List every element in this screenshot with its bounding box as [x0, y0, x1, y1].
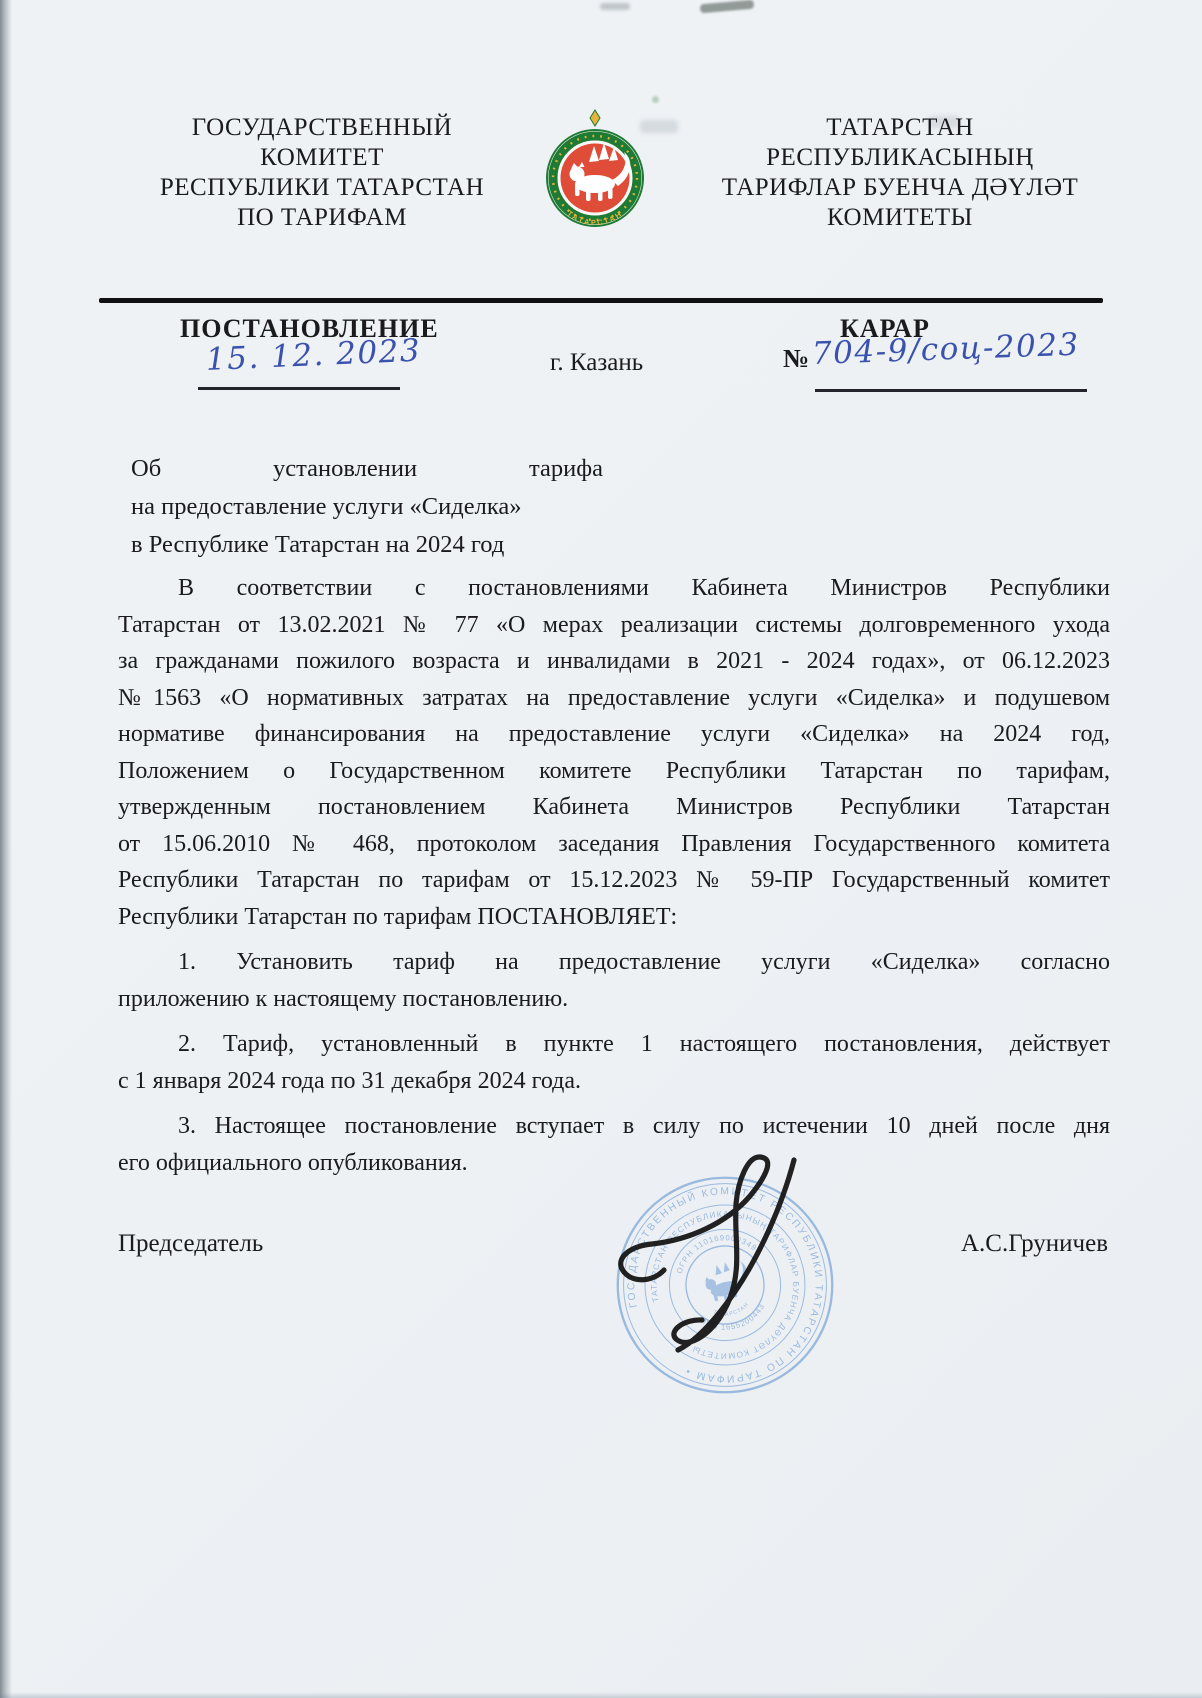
subject-line: Об установлении тарифа [131, 450, 603, 488]
scan-artifact [700, 0, 755, 13]
city-label: г. Казань [550, 349, 643, 377]
scan-artifact [600, 3, 630, 10]
scan-edge-shadow-bottom [0, 1692, 1202, 1698]
body-line: №1563 «О нормативных затратах на предост… [118, 680, 1110, 717]
body-line: нормативе финансирования на предоставлен… [118, 716, 1110, 753]
signature-role: Председатель [118, 1230, 263, 1258]
subject-line: в Республике Татарстан на 2024 год [131, 526, 603, 564]
signature-name: А.С.Груничев [961, 1230, 1108, 1258]
org-name-line: ГОСУДАРСТВЕННЫЙ [139, 113, 505, 143]
body-line: Татарстан от 13.02.2021 № 77 «О мерах ре… [118, 607, 1110, 644]
header-divider-rule [99, 298, 1103, 303]
body-line: от 15.06.2010 № 468, протоколом заседани… [118, 826, 1110, 863]
paragraph-item-2: 2. Тариф, установленный в пункте 1 насто… [118, 1026, 1110, 1099]
body-line: за гражданами пожилого возраста и инвали… [118, 643, 1110, 680]
org-name-russian: ГОСУДАРСТВЕННЫЙ КОМИТЕТ РЕСПУБЛИКИ ТАТАР… [139, 113, 505, 233]
body-line: Положением о Государственном комитете Ре… [118, 753, 1110, 790]
number-underline [815, 389, 1087, 392]
body-line: В соответствии с постановлениями Кабинет… [118, 570, 1110, 607]
signature-ink-icon [606, 1152, 842, 1357]
org-name-line: ТАТАРСТАН [710, 113, 1090, 143]
org-name-tatar: ТАТАРСТАН РЕСПУБЛИКАСЫНЫҢ ТАРИФЛАР БУЕНЧ… [710, 113, 1090, 233]
body-line: 1. Установить тариф на предоставление ус… [118, 944, 1110, 981]
paragraph-preamble: В соответствии с постановлениями Кабинет… [118, 570, 1110, 935]
doc-number-sign: № [783, 344, 809, 374]
scan-artifact [652, 96, 659, 103]
body-line: утвержденным постановлением Кабинета Мин… [118, 789, 1110, 826]
org-name-line: РЕСПУБЛИКИ ТАТАРСТАН [139, 173, 505, 203]
document-page: ГОСУДАРСТВЕННЫЙ КОМИТЕТ РЕСПУБЛИКИ ТАТАР… [0, 0, 1202, 1698]
org-name-line: ПО ТАРИФАМ [139, 203, 505, 233]
org-name-line: ТАРИФЛАР БУЕНЧА ДӘҮЛӘТ [710, 173, 1090, 203]
subject-block: Об установлении тарифа на предоставление… [131, 450, 603, 564]
subject-line: на предоставление услуги «Сиделка» [131, 488, 603, 526]
org-name-line: РЕСПУБЛИКАСЫНЫҢ [710, 143, 1090, 173]
date-underline [198, 387, 400, 390]
org-name-line: КОМИТЕТЫ [710, 203, 1090, 233]
scan-edge-shadow [0, 0, 12, 1698]
body-line: приложению к настоящему постановлению. [118, 981, 1110, 1018]
body-line: с 1 января 2024 года по 31 декабря 2024 … [118, 1063, 1110, 1100]
body-line: Республики Татарстан по тарифам ПОСТАНОВ… [118, 899, 1110, 936]
body-text: В соответствии с постановлениями Кабинет… [118, 570, 1110, 1181]
body-line: Республики Татарстан по тарифам от 15.12… [118, 862, 1110, 899]
paragraph-item-1: 1. Установить тариф на предоставление ус… [118, 944, 1110, 1017]
body-line: 3. Настоящее постановление вступает в си… [118, 1108, 1110, 1145]
tatarstan-emblem-icon: ТАТАРСТАН [542, 106, 648, 232]
body-line: 2. Тариф, установленный в пункте 1 насто… [118, 1026, 1110, 1063]
org-name-line: КОМИТЕТ [139, 143, 505, 173]
